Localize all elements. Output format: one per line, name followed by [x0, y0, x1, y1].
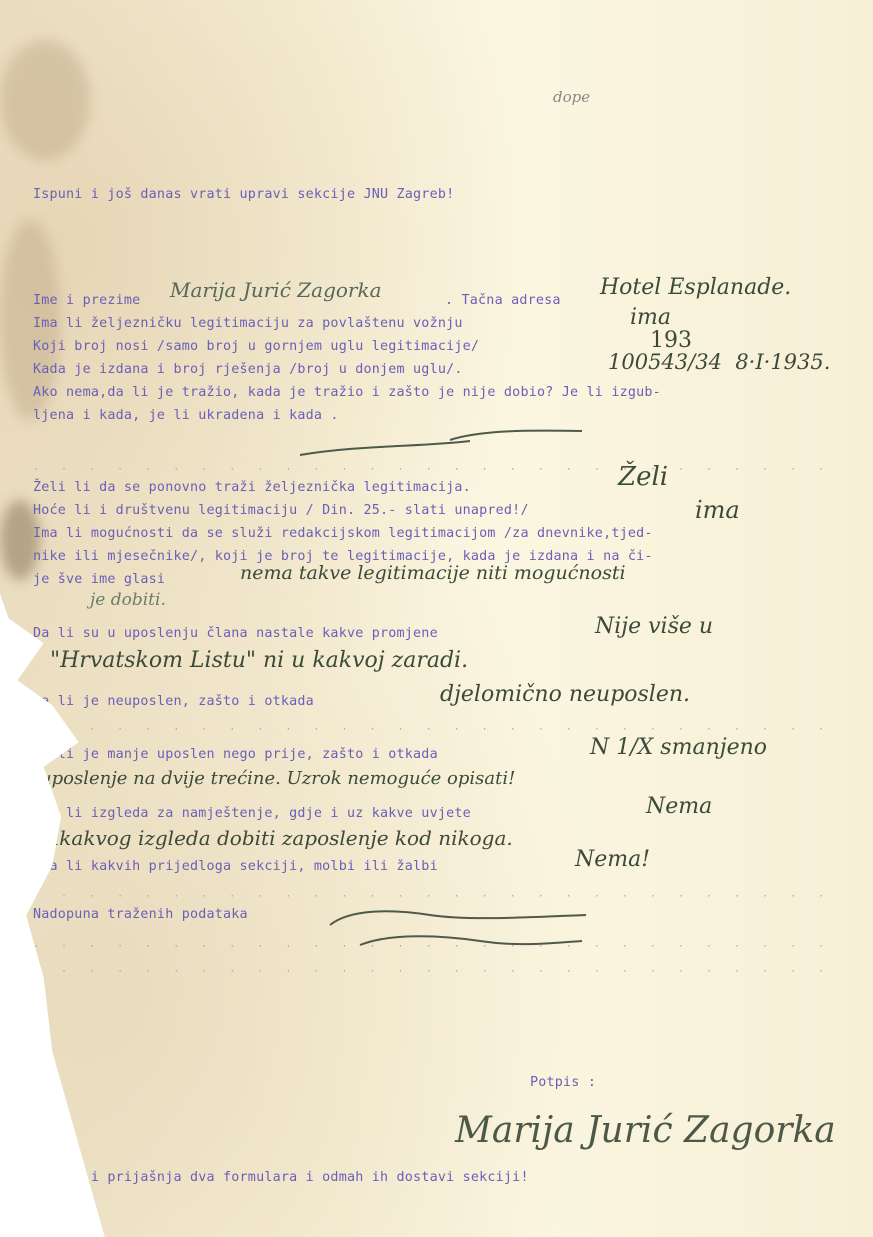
instruction: Ispuni i još danas vrati upravi sekcije … [33, 187, 454, 202]
dotted-line: · · · · · · · · · · · · · · · · · · · · … [33, 941, 823, 949]
stain [0, 40, 90, 160]
document-page: dope Ispuni i još danas vrati upravi sek… [0, 0, 873, 1237]
field-answer-editorial: nema takve legitimacije niti mogućnosti [240, 562, 626, 584]
field-label-issue-date: Kada je izdana i broj rješenja /broj u d… [33, 362, 463, 377]
footer-instruction: Ispuni i prijašnja dva formulara i odmah… [33, 1170, 529, 1185]
dotted-line: · · · · · · · · · · · · · · · · · · · · … [33, 724, 823, 732]
signature-label: Potpis : [530, 1075, 596, 1090]
field-label-society-id: Hoće li i društvenu legitimaciju / Din. … [33, 503, 529, 518]
field-label-if-none: Ako nema,da li je tražio, kada je tražio… [33, 385, 661, 400]
field-label-lost: ljena i kada, je li ukradena i kada . [33, 408, 339, 423]
field-label-unemployed: Da li je neuposlen, zašto i otkada [33, 694, 314, 709]
field-label-name: Ime i prezime [33, 293, 140, 308]
dotted-line: · · · · · · · · · · · · · · · · · · · · … [33, 464, 823, 472]
field-answer-employment-change-cont: "Hrvatskom Listu" ni u kakvoj zaradi. [50, 648, 468, 673]
field-label-employment-change: Da li su u uposlenju člana nastale kakve… [33, 626, 438, 641]
field-answer-request-again: Želi [618, 462, 668, 492]
field-answer-unemployed: djelomično neuposlen. [440, 682, 690, 707]
field-answer-address: Hotel Esplanade. [600, 275, 791, 300]
corner-note: dope [553, 88, 590, 106]
signature: Marija Jurić Zagorka [455, 1110, 836, 1151]
field-label-proposals: Ima li kakvih prijedloga sekciji, molbi … [33, 859, 438, 874]
field-answer-name: Marija Jurić Zagorka [170, 278, 382, 302]
field-answer-job-prospects-cont: nikakvog izgleda dobiti zaposlenje kod n… [40, 826, 513, 850]
field-answer-railway-id: ima [630, 305, 671, 330]
dotted-line: · · · · · · · · · · · · · · · · · · · · … [33, 891, 823, 899]
field-answer-issue-date: 100543/34 8·I·1935. [608, 350, 830, 374]
field-answer-job-prospects: Nema [646, 794, 712, 819]
field-answer-less-employed-cont: uposlenje na dvije trećine. Uzrok nemogu… [40, 768, 515, 789]
field-answer-proposals: Nema! [575, 847, 650, 872]
field-label-less-employed: Da li je manje uposlen nego prije, zašto… [33, 747, 438, 762]
field-answer-editorial-cont: je dobiti. [90, 590, 166, 610]
field-label-id-number: Koji broj nosi /samo broj u gornjem uglu… [33, 339, 479, 354]
dotted-line: · · · · · · · · · · · · · · · · · · · · … [33, 966, 823, 974]
field-answer-society-id: ima [695, 496, 740, 524]
field-answer-employment-change: Nije više u [595, 614, 713, 639]
field-label-editorial-id: Ima li mogućnosti da se služi redakcijsk… [33, 526, 653, 541]
blank-line-stroke [300, 425, 590, 465]
field-label-supplement: Nadopuna traženih podataka [33, 907, 248, 922]
field-label-address: . Tačna adresa [445, 293, 561, 308]
field-label-request-again: Želi li da se ponovno traži željeznička … [33, 480, 471, 495]
field-label-editorial-name: je šve ime glasi [33, 572, 165, 587]
field-label-job-prospects: Ima li izgleda za namještenje, gdje i uz… [33, 806, 471, 821]
field-label-railway-id: Ima li željezničku legitimaciju za povla… [33, 316, 463, 331]
field-answer-less-employed: N 1/X smanjeno [590, 735, 767, 760]
